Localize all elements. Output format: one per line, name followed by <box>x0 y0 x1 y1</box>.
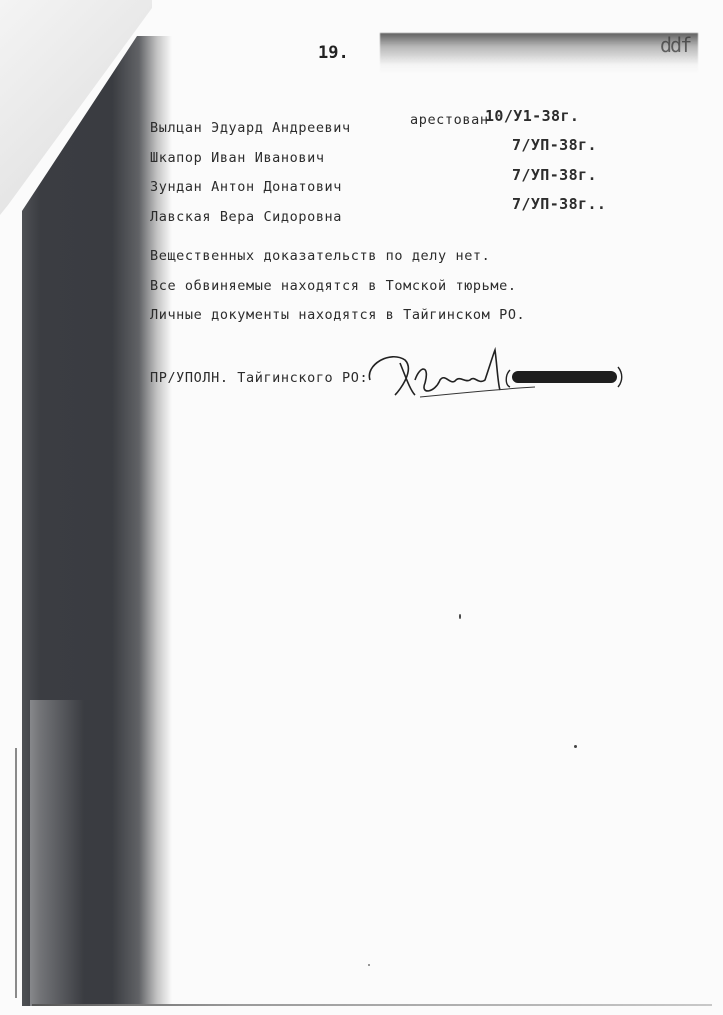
scan-speck <box>574 745 577 748</box>
bottom-page-edge <box>32 1004 712 1006</box>
arrest-row-name: Зундан Антон Донатович <box>150 179 342 195</box>
arrest-row-name: Шкапор Иван Иванович <box>150 150 325 166</box>
statement-evidence: Вещественных доказательств по делу нет. <box>150 248 490 264</box>
arrest-row-date: 7/УП-38г. <box>512 166 597 184</box>
arrest-row-date: 7/УП-38г. <box>512 136 597 154</box>
handwritten-signature <box>360 345 630 405</box>
scanned-page: ddf 19. Вылцан Эдуард Андреевич арестова… <box>0 0 723 1015</box>
statement-location: Все обвиняемые находятся в Томской тюрьм… <box>150 278 517 294</box>
statement-documents: Личные документы находятся в Тайгинском … <box>150 307 525 323</box>
redaction-bar <box>512 371 617 383</box>
arrest-row-date: 7/УП-38г.. <box>512 195 606 213</box>
top-edge-shadow <box>380 33 698 73</box>
arrest-row-name: Лавская Вера Сидоровна <box>150 209 342 225</box>
arrest-row-date: 10/У1-38г. <box>485 107 579 125</box>
arrest-row-status: арестован <box>410 112 489 128</box>
archive-sheet-number: ddf <box>660 33 690 57</box>
signature-title: ПР/УПОЛН. Тайгинского РО: <box>150 370 368 386</box>
arrest-row-name: Вылцан Эдуард Андреевич <box>150 120 351 136</box>
page-number: 19. <box>318 43 349 63</box>
scan-speck <box>459 614 461 619</box>
page-edge-line <box>15 748 17 998</box>
gutter-highlight <box>30 700 165 1006</box>
scan-speck <box>368 964 370 966</box>
